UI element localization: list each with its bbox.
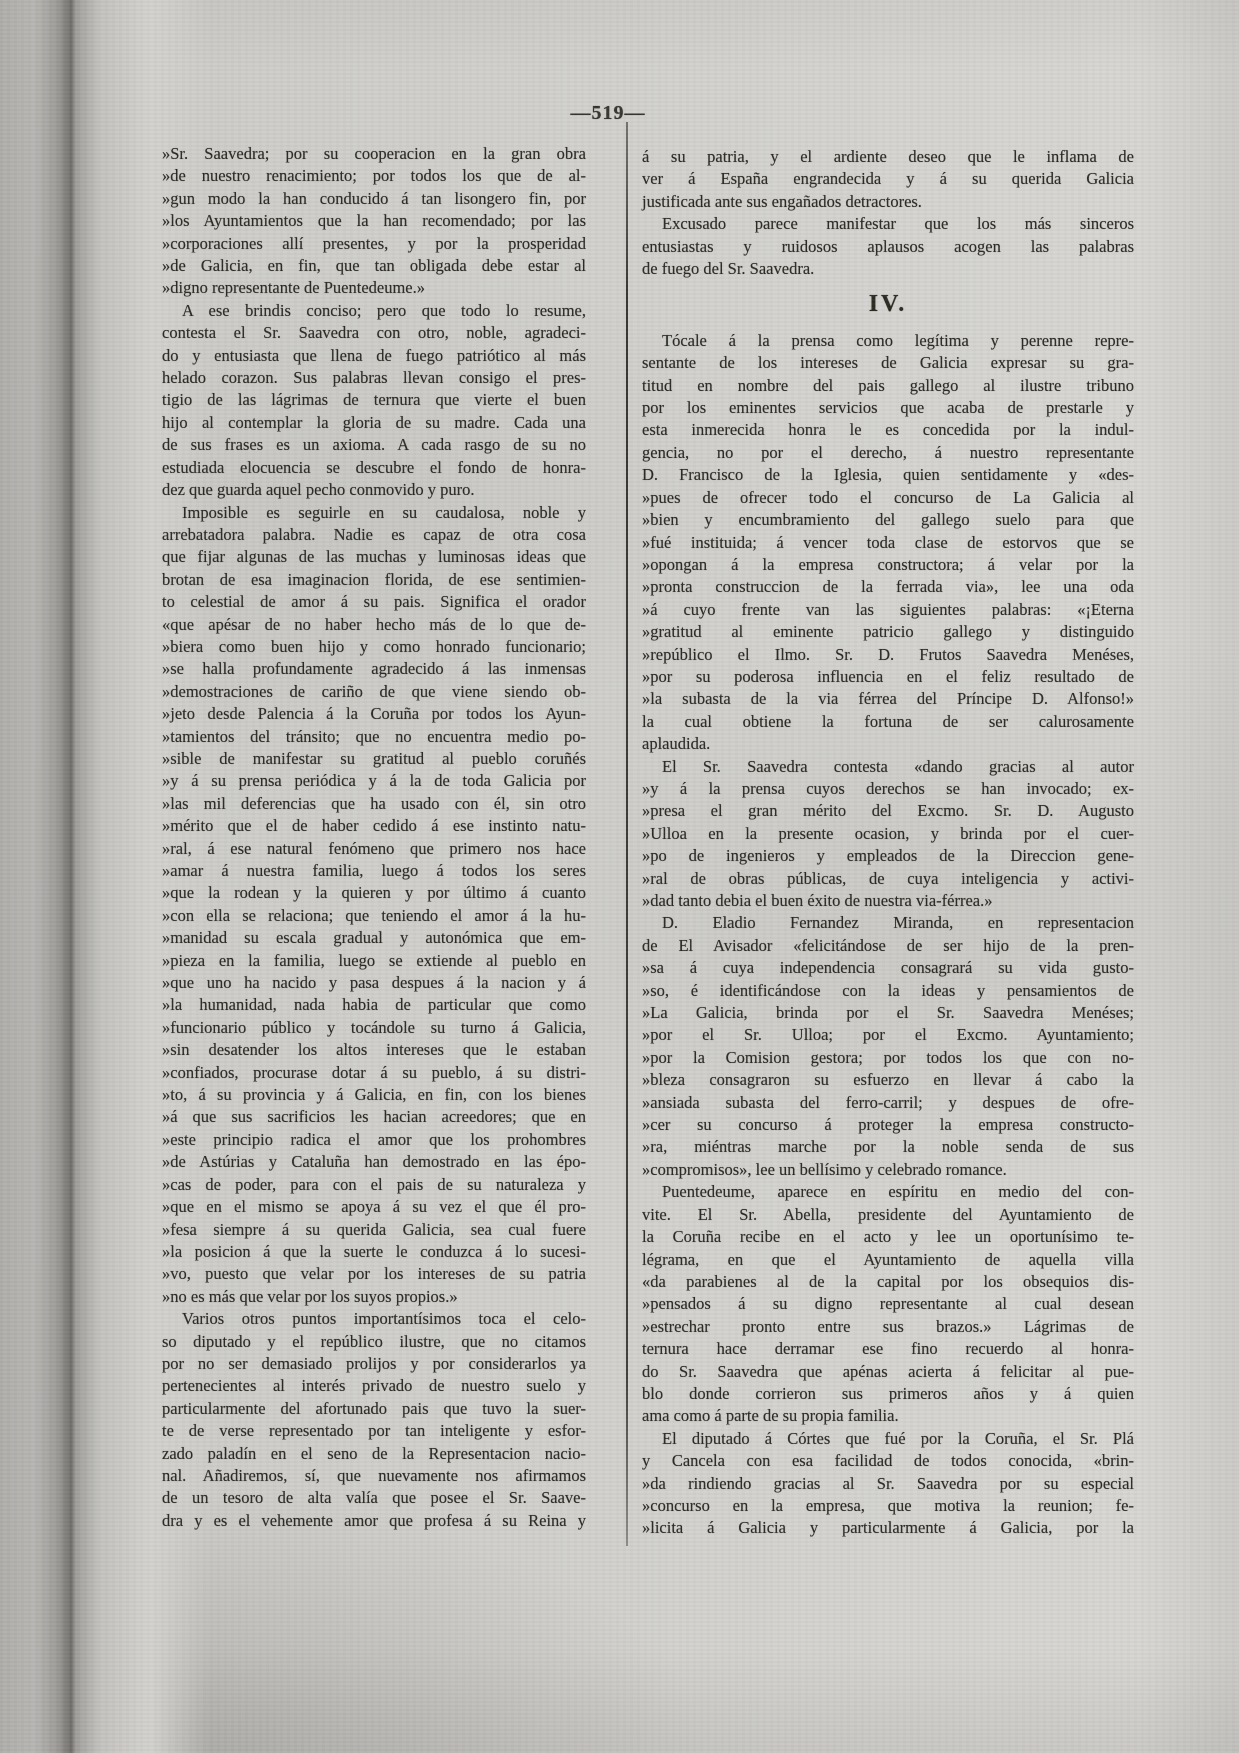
text-line: »estrechar pronto entre sus brazos.» Lág…	[642, 1316, 1134, 1338]
text-line: »manidad su escala gradual y autonómica …	[162, 927, 586, 949]
text-line: »la subasta de la via férrea del Príncip…	[642, 688, 1134, 710]
text-line: »cas de poder, para con el pais de su na…	[162, 1174, 586, 1196]
text-line: »bien y encumbramiento del gallego suelo…	[642, 509, 1134, 531]
text-line: ama como á parte de su propia familia.	[642, 1405, 1134, 1427]
text-line: ternura hace derramar ese fino recuerdo …	[642, 1338, 1134, 1360]
paragraph: Puentedeume, aparece en espíritu en medi…	[642, 1181, 1134, 1427]
text-line: »ral de obras públicas, de cuya intelige…	[642, 868, 1134, 890]
text-line: dez que guarda aquel pecho conmovido y p…	[162, 479, 586, 501]
text-line: »por la Comision gestora; por todos los …	[642, 1047, 1134, 1069]
text-line: »gun modo la han conducido á tan lisonge…	[162, 188, 586, 210]
page-number: —519—	[508, 102, 708, 125]
text-line: »sin desatender los altos intereses que …	[162, 1039, 586, 1061]
text-line: «que apésar de no haber hecho más de lo …	[162, 614, 586, 636]
text-line: »Sr. Saavedra; por su cooperacion en la …	[162, 143, 586, 165]
text-line: »tamientos del tránsito; que no encuentr…	[162, 726, 586, 748]
text-line: to celestial de amor á su pais. Signific…	[162, 591, 586, 613]
text-line: helado corazon. Sus palabras llevan cons…	[162, 367, 586, 389]
text-line: »amar á nuestra familia, luego á todos l…	[162, 860, 586, 882]
text-line: gencia, no por el derecho, á nuestro rep…	[642, 442, 1134, 464]
text-line: tigio de las lágrimas de ternura que vie…	[162, 389, 586, 411]
text-line: arrebatadora palabra. Nadie es capaz de …	[162, 524, 586, 546]
text-line: Excusado parece manifestar que los más s…	[642, 213, 1134, 235]
text-line: »dad tanto debia el buen éxito de nuestr…	[642, 890, 1134, 912]
text-line: »pensados á su digno representante al cu…	[642, 1293, 1134, 1315]
text-line: titud en nombre del pais gallego al ilus…	[642, 375, 1134, 397]
text-line: »licita á Galicia y particularmente á Ga…	[642, 1517, 1134, 1539]
text-line: so diputado y el repúblico ilustre, que …	[162, 1331, 586, 1353]
text-line: »da rindiendo gracias al Sr. Saavedra po…	[642, 1473, 1134, 1495]
text-line: brotan de esa imaginacion florida, de es…	[162, 569, 586, 591]
text-line: »fesa siempre á su querida Galicia, sea …	[162, 1219, 586, 1241]
text-line: »la posicion á que la suerte le conduzca…	[162, 1241, 586, 1263]
paragraph: Excusado parece manifestar que los más s…	[642, 213, 1134, 280]
text-line: »las mil deferencias que ha usado con él…	[162, 793, 586, 815]
text-line: »bleza consagraron su esfuerzo en llevar…	[642, 1069, 1134, 1091]
right-column-top: á su patria, y el ardiente deseo que le …	[642, 146, 1134, 280]
text-line: »á cuyo frente van las siguientes palabr…	[642, 599, 1134, 621]
text-line: estudiada elocuencia se descubre el fond…	[162, 457, 586, 479]
text-line: »fué instituida; á vencer toda clase de …	[642, 532, 1134, 554]
text-line: vite. El Sr. Abella, presidente del Ayun…	[642, 1204, 1134, 1226]
text-line: »opongan á la empresa constructora; á ve…	[642, 554, 1134, 576]
text-line: »por el Sr. Ulloa; por el Excmo. Ayuntam…	[642, 1024, 1134, 1046]
text-line: »biera como buen hijo y como honrado fun…	[162, 636, 586, 658]
text-line: »sible de manifestar su gratitud al pueb…	[162, 748, 586, 770]
text-line: entusiastas y ruidosos aplausos acogen l…	[642, 236, 1134, 258]
text-line: Varios otros puntos importantísimos toca…	[162, 1308, 586, 1330]
text-line: D. Eladio Fernandez Miranda, en represen…	[642, 912, 1134, 934]
text-line: ver á España engrandecida y á su querida…	[642, 168, 1134, 190]
text-line: de un tesoro de alta valía que posee el …	[162, 1487, 586, 1509]
text-line: »la humanidad, nada habia de particular …	[162, 994, 586, 1016]
right-column: á su patria, y el ardiente deseo que le …	[642, 146, 1134, 1540]
text-line: »concurso en la empresa, que motiva la r…	[642, 1495, 1134, 1517]
text-line: légrama, en que el Ayuntamiento de aquel…	[642, 1249, 1134, 1271]
text-line: particularmente del afortunado pais que …	[162, 1398, 586, 1420]
text-line: »por su poderosa influencia en el feliz …	[642, 666, 1134, 688]
right-column-bottom: Tócale á la prensa como legítima y peren…	[642, 330, 1134, 1540]
left-column: »Sr. Saavedra; por su cooperacion en la …	[162, 143, 586, 1532]
paragraph: El diputado á Córtes que fué por la Coru…	[642, 1428, 1134, 1540]
text-line: la cual obtiene la fortuna de ser caluro…	[642, 711, 1134, 733]
text-line: El diputado á Córtes que fué por la Coru…	[642, 1428, 1134, 1450]
text-line: »confiados, procurase dotar á su pueblo,…	[162, 1062, 586, 1084]
text-line: por los eminentes servicios que acaba de…	[642, 397, 1134, 419]
text-line: blo donde corrieron sus primeros años y …	[642, 1383, 1134, 1405]
text-line: do Sr. Saavedra que apénas acierta á fel…	[642, 1361, 1134, 1383]
text-line: A ese brindis conciso; pero que todo lo …	[162, 300, 586, 322]
section-heading: IV.	[642, 293, 1134, 315]
text-line: »Ulloa en la presente ocasion, y brinda …	[642, 823, 1134, 845]
text-line: »que en el mismo se apoya á su vez el qu…	[162, 1196, 586, 1218]
text-line: »pieza en la familia, luego se extiende …	[162, 950, 586, 972]
text-line: »gratitud al eminente patricio gallego y…	[642, 621, 1134, 643]
text-line: »no es más que velar por los suyos propi…	[162, 1286, 586, 1308]
text-line: D. Francisco de la Iglesia, quien sentid…	[642, 464, 1134, 486]
text-line: »corporaciones allí presentes, y por la …	[162, 233, 586, 255]
text-line: »se halla profundamente agradecido á las…	[162, 658, 586, 680]
text-line: »sa á cuya independencia consagrará su v…	[642, 957, 1134, 979]
text-line: »digno representante de Puentedeume.»	[162, 277, 586, 299]
text-line: y Cancela con esa facilidad de todos con…	[642, 1450, 1134, 1472]
text-line: Puentedeume, aparece en espíritu en medi…	[642, 1181, 1134, 1203]
text-line: de fuego del Sr. Saavedra.	[642, 258, 1134, 280]
text-line: El Sr. Saavedra contesta «dando gracias …	[642, 756, 1134, 778]
text-line: »to, á su provincia y á Galicia, en fin,…	[162, 1084, 586, 1106]
paragraph: Tócale á la prensa como legítima y peren…	[642, 330, 1134, 756]
text-line: »de Astúrias y Cataluña han demostrado e…	[162, 1151, 586, 1173]
text-line: »con ella se relaciona; que teniendo el …	[162, 905, 586, 927]
text-line: »que la rodean y la quieren y por último…	[162, 882, 586, 904]
text-line: »repúblico el Ilmo. Sr. D. Frutos Saaved…	[642, 644, 1134, 666]
text-line: por no ser demasiado prolijos y por cons…	[162, 1353, 586, 1375]
text-line: »pronta construccion de la ferrada via»,…	[642, 576, 1134, 598]
text-line: hijo al contemplar la gloria de su madre…	[162, 412, 586, 434]
text-line: »los Ayuntamientos que la han recomendad…	[162, 210, 586, 232]
column-divider-rule	[626, 122, 628, 1546]
text-line: sentante de los intereses de Galicia exp…	[642, 352, 1134, 374]
text-line: »de nuestro renacimiento; por todos los …	[162, 165, 586, 187]
text-line: »pues de ofrecer todo el concurso de La …	[642, 487, 1134, 509]
paragraph: Varios otros puntos importantísimos toca…	[162, 1308, 586, 1532]
text-line: »jeto desde Palencia á la Coruña por tod…	[162, 703, 586, 725]
text-line: »de Galicia, en fin, que tan obligada de…	[162, 255, 586, 277]
text-line: »La Galicia, brinda por el Sr. Saavedra …	[642, 1002, 1134, 1024]
text-line: »ra, miéntras marche por la noble senda …	[642, 1136, 1134, 1158]
text-line: pertenecientes al interés privado de nue…	[162, 1375, 586, 1397]
scanned-page: —519— »Sr. Saavedra; por su cooperacion …	[0, 0, 1239, 1753]
text-line: aplaudida.	[642, 733, 1134, 755]
text-line: »y á su prensa periódica y á la de toda …	[162, 770, 586, 792]
paragraph: »Sr. Saavedra; por su cooperacion en la …	[162, 143, 586, 300]
text-line: do y entusiasta que llena de fuego patri…	[162, 345, 586, 367]
text-line: »cer su concurso á proteger la empresa c…	[642, 1114, 1134, 1136]
text-line: esta inmerecida honra le es concedida po…	[642, 419, 1134, 441]
paragraph: Imposible es seguirle en su caudalosa, n…	[162, 502, 586, 1309]
text-line: »presa el gran mérito del Excmo. Sr. D. …	[642, 800, 1134, 822]
text-line: que fijar algunas de las muchas y lumino…	[162, 546, 586, 568]
text-line: »que uno ha nacido y pasa despues á la n…	[162, 972, 586, 994]
text-line: »po de ingenieros y empleados de la Dire…	[642, 845, 1134, 867]
text-line: te de verse representado por tan intelig…	[162, 1420, 586, 1442]
text-line: »á que sus sacrificios les hacian acreed…	[162, 1106, 586, 1128]
paragraph: A ese brindis conciso; pero que todo lo …	[162, 300, 586, 502]
text-line: la Coruña recibe en el acto y lee un opo…	[642, 1226, 1134, 1248]
paragraph: á su patria, y el ardiente deseo que le …	[642, 146, 1134, 213]
text-line: nal. Añadiremos, sí, que nuevamente nos …	[162, 1465, 586, 1487]
text-line: á su patria, y el ardiente deseo que le …	[642, 146, 1134, 168]
text-line: »ansiada subasta del ferro-carril; y des…	[642, 1092, 1134, 1114]
text-line: »demostraciones de cariño de que viene s…	[162, 681, 586, 703]
text-line: contesta el Sr. Saavedra con otro, noble…	[162, 322, 586, 344]
text-line: »vo, puesto que velar por los intereses …	[162, 1263, 586, 1285]
text-line: zado paladín en el seno de la Representa…	[162, 1443, 586, 1465]
text-line: »ral, á ese natural fenómeno que primero…	[162, 838, 586, 860]
text-line: Imposible es seguirle en su caudalosa, n…	[162, 502, 586, 524]
text-line: dra y es el vehemente amor que profesa á…	[162, 1510, 586, 1532]
text-line: Tócale á la prensa como legítima y peren…	[642, 330, 1134, 352]
text-line: de El Avisador «felicitándose de ser hij…	[642, 935, 1134, 957]
text-line: »mérito que el de haber cedido á ese ins…	[162, 815, 586, 837]
paragraph: D. Eladio Fernandez Miranda, en represen…	[642, 912, 1134, 1181]
text-line: »so, é identificándose con la ideas y pe…	[642, 980, 1134, 1002]
text-line: «da parabienes al de la capital por los …	[642, 1271, 1134, 1293]
text-line: »este principio radica el amor que los p…	[162, 1129, 586, 1151]
text-line: »y á la prensa cuyos derechos se han inv…	[642, 778, 1134, 800]
text-line: »funcionario público y tocándole su turn…	[162, 1017, 586, 1039]
text-line: justificada ante sus engañados detractor…	[642, 191, 1134, 213]
paragraph: El Sr. Saavedra contesta «dando gracias …	[642, 756, 1134, 913]
text-line: »compromisos», lee un bellísimo y celebr…	[642, 1159, 1134, 1181]
text-line: de sus frases es un axioma. A cada rasgo…	[162, 434, 586, 456]
